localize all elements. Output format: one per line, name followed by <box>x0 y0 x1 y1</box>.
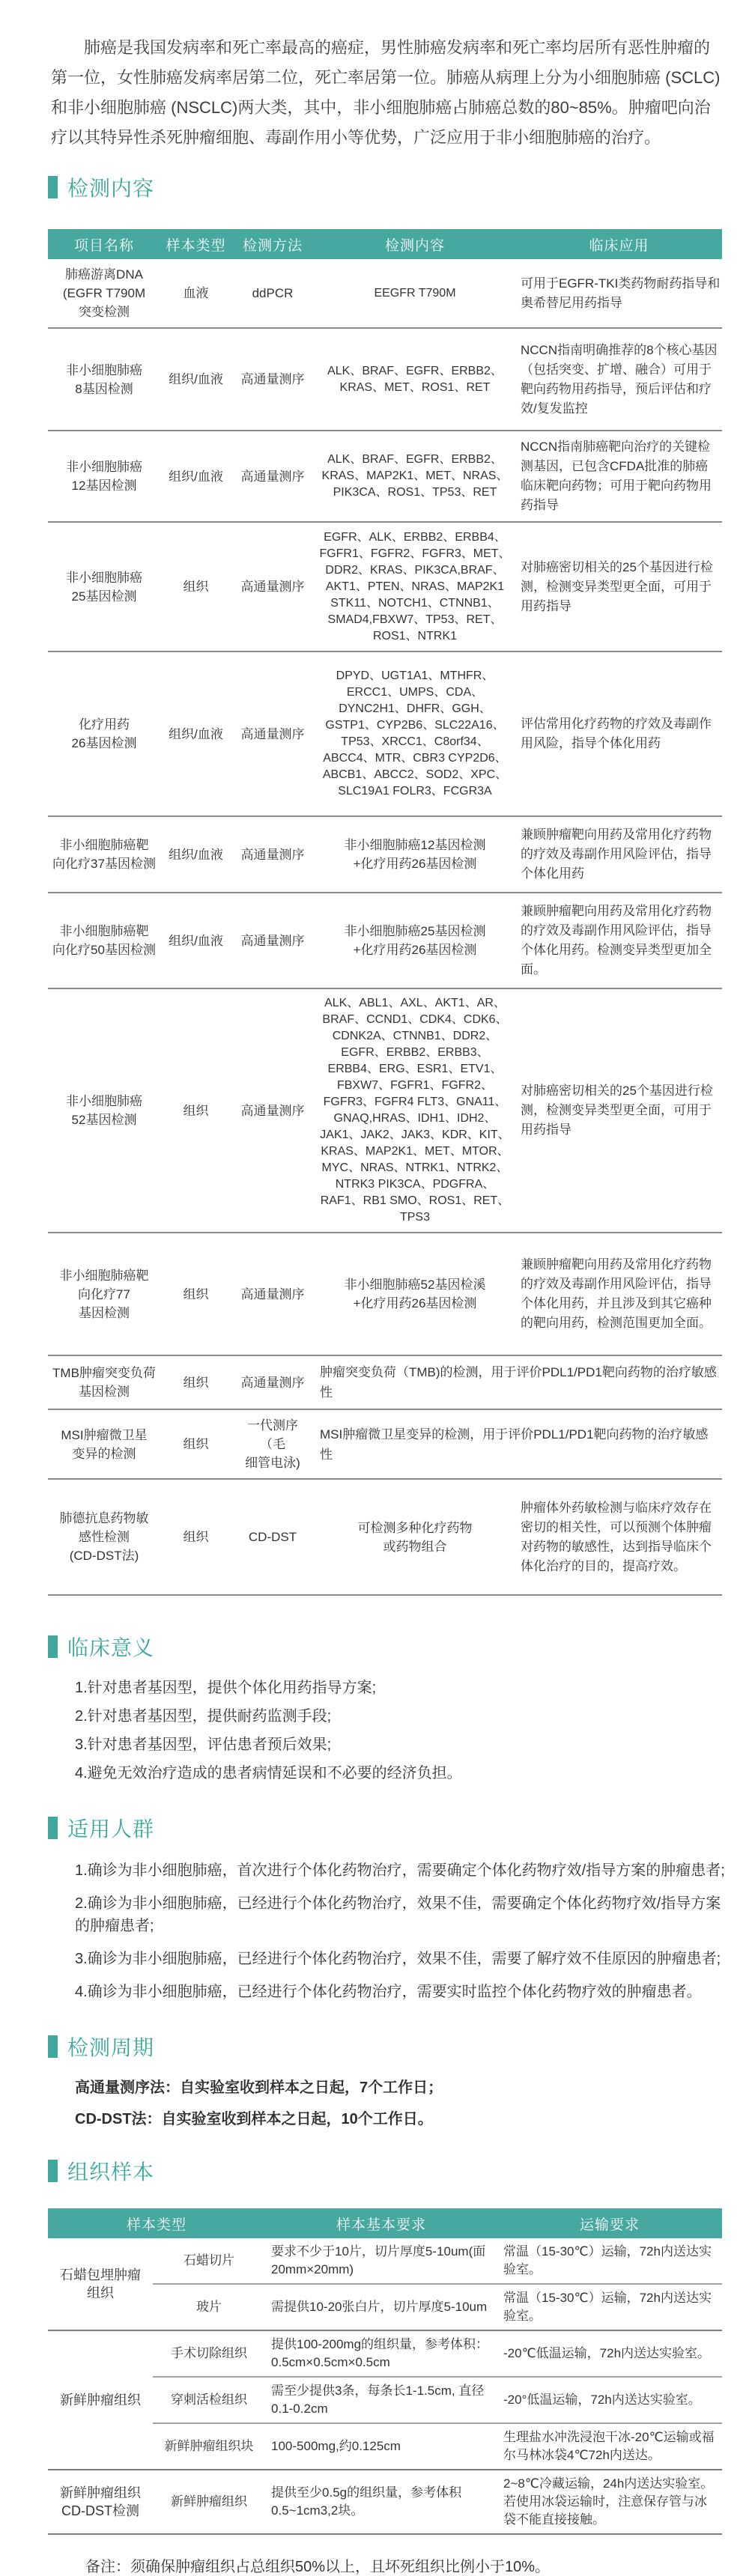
table-row: 肺德抗息药物敏 感性检测 (CD-DST法) 组织 CD-DST 可检测多种化疗… <box>48 1479 722 1595</box>
cell-sample-type: 组织/血液 <box>160 431 231 522</box>
cell-project-name: 非小细胞肺癌 8基因检测 <box>48 328 160 431</box>
cell-method: 高通量测序 <box>231 816 314 893</box>
section-title-cycle: 检测周期 <box>67 2032 154 2062</box>
cell-method: 高通量测序 <box>231 1233 314 1355</box>
cell-sample-subtype: 穿刺活检组织 <box>153 2377 265 2423</box>
cell-content-merged: MSI肿瘤微卫星变异的检测，用于评价PDL1/PD1靶向药物的治疗敏感性 <box>314 1409 722 1479</box>
table-row: 非小细胞肺癌 12基因检测 组织/血液 高通量测序 ALK、BRAF、EGFR、… <box>48 431 722 522</box>
document-page: 肺癌是我国发病率和死亡率最高的癌症，男性肺癌发病率和死亡率均居所有恶性肿瘤的第一… <box>0 0 749 2576</box>
cell-requirement: 需至少提供3条，每条长1-1.5cm, 直径0.1-0.2cm <box>265 2377 497 2423</box>
cell-content: DPYD、UGT1A1、MTHFR、ERCC1、UMPS、CDA、DYNC2H1… <box>314 651 516 816</box>
cell-project-name: MSI肿瘤微卫星 变异的检测 <box>48 1409 160 1479</box>
cell-application: NCCN指南明确推荐的8个核心基因（包括突变、扩增、融合）可用于靶向药物用药指导… <box>516 328 722 431</box>
cell-application: 兼顾肿瘤靶向用药及常用化疗药物的疗效及毒副作用风险评估，指导个体化用药，并且涉及… <box>516 1233 722 1355</box>
table-row: 非小细胞肺癌靶 向化疗77 基因检测 组织 高通量测序 非小细胞肺癌52基因检溪… <box>48 1233 722 1355</box>
list-item: 3.针对患者基因型，评估患者预后效果; <box>75 1735 722 1755</box>
population-list: 1.确诊为非小细胞肺癌，首次进行个体化药物治疗，需要确定个体化药物疗效/指导方案… <box>75 1859 722 2003</box>
column-header-method: 检测方法 <box>231 229 314 259</box>
cell-sample-type: 组织/血液 <box>160 893 231 988</box>
table-row: 非小细胞肺癌 8基因检测 组织/血液 高通量测序 ALK、BRAF、EGFR、E… <box>48 328 722 431</box>
cell-method: 一代测序（毛 细管电泳) <box>231 1409 314 1479</box>
list-item: 2.确诊为非小细胞肺癌，已经进行个体化药物治疗，效果不佳，需要确定个体化药物疗效… <box>75 1892 734 1937</box>
cell-application: 对肺癌密切相关的25个基因进行检测，检测变异类型更全面，可用于用药指导 <box>516 522 722 651</box>
cell-project-name: TMB肿瘤突变负荷 基因检测 <box>48 1355 160 1409</box>
cell-application: 可用于EGFR-TKI类药物耐药指导和奥希替尼用药指导 <box>516 259 722 328</box>
column-header-sample: 样本类型 <box>160 229 231 259</box>
table-row: 化疗用药 26基因检测 组织/血液 高通量测序 DPYD、UGT1A1、MTHF… <box>48 651 722 816</box>
section-title-clinical: 临床意义 <box>67 1632 154 1662</box>
list-item: 3.确诊为非小细胞肺癌，已经进行个体化药物治疗，效果不佳，需要了解疗效不佳原因的… <box>75 1948 734 1970</box>
section-marker-icon <box>48 2160 58 2182</box>
table-row: 非小细胞肺癌靶 向化疗37基因检测 组织/血液 高通量测序 非小细胞肺癌12基因… <box>48 816 722 893</box>
cell-transport: -20℃低温运输，72h内送达实验室。 <box>497 2330 722 2377</box>
table-row: 肺癌游离DNA (EGFR T790M 突变检测 血液 ddPCR EEGFR … <box>48 259 722 328</box>
cell-content: 非小细胞肺癌12基因检测 +化疗用药26基因检测 <box>314 816 516 893</box>
cell-sample-subtype: 手术切除组织 <box>153 2330 265 2377</box>
cell-application: 评估常用化疗药物的疗效及毒副作用风险，指导个体化用药 <box>516 651 722 816</box>
section-header-clinical: 临床意义 <box>48 1632 722 1662</box>
cell-method: 高通量测序 <box>231 651 314 816</box>
cell-project-name: 化疗用药 26基因检测 <box>48 651 160 816</box>
cell-requirement: 100-500mg,约0.125cm <box>265 2423 497 2470</box>
cell-application: 兼顾肿瘤靶向用药及常用化疗药物的疗效及毒副作用风险评估，指导个体化用药 <box>516 816 722 893</box>
cell-project-name: 非小细胞肺癌靶 向化疗77 基因检测 <box>48 1233 160 1355</box>
cell-project-name: 非小细胞肺癌 12基因检测 <box>48 431 160 522</box>
note-text: 备注：须确保肿瘤组织占总组织50%以上，且坏死组织比例小于10%。 <box>85 2554 722 2576</box>
cell-sample-subtype: 石蜡切片 <box>153 2238 265 2284</box>
cell-content: 非小细胞肺癌25基因检测 +化疗用药26基因检测 <box>314 893 516 988</box>
section-marker-icon <box>48 176 58 198</box>
detection-table: 项目名称 样本类型 检测方法 检测内容 临床应用 肺癌游离DNA (EGFR T… <box>48 229 722 1596</box>
cell-content: EGFR、ALK、ERBB2、ERBB4、FGFR1、FGFR2、FGFR3、M… <box>314 522 516 651</box>
cell-transport: 生理盐水冲洗浸泡干冰-20℃运输或福尔马林冰袋4℃72h内送达。 <box>497 2423 722 2470</box>
section-header-tissue: 组织样本 <box>48 2156 722 2186</box>
cell-project-name: 非小细胞肺癌 52基因检测 <box>48 988 160 1233</box>
section-title-population: 适用人群 <box>67 1813 154 1843</box>
section-marker-icon <box>48 1817 58 1839</box>
column-header-project: 项目名称 <box>48 229 160 259</box>
column-header-application: 临床应用 <box>516 229 722 259</box>
cell-sample-subtype: 玻片 <box>153 2284 265 2330</box>
cell-content: EEGFR T790M <box>314 259 516 328</box>
section-title-tissue: 组织样本 <box>67 2156 154 2186</box>
cell-sample-type: 组织/血液 <box>160 651 231 816</box>
cycle-list: 高通量测序法：自实验室收到样本之日起，7个工作日； CD-DST法：自实验室收到… <box>75 2078 722 2129</box>
cell-transport: 常温（15-30℃）运输，72h内送达实验室。 <box>497 2284 722 2330</box>
cell-project-name: 非小细胞肺癌 25基因检测 <box>48 522 160 651</box>
cell-sample-type: 组织 <box>160 522 231 651</box>
column-header-transport: 运输要求 <box>497 2208 722 2238</box>
column-header-sample-type: 样本类型 <box>48 2208 265 2238</box>
cell-sample-type: 组织/血液 <box>160 328 231 431</box>
intro-paragraph: 肺癌是我国发病率和死亡率最高的癌症，男性肺癌发病率和死亡率均居所有恶性肿瘤的第一… <box>51 33 725 153</box>
list-item: 高通量测序法：自实验室收到样本之日起，7个工作日； <box>75 2078 722 2097</box>
list-item: 1.确诊为非小细胞肺癌，首次进行个体化药物治疗，需要确定个体化药物疗效/指导方案… <box>75 1859 734 1882</box>
cell-requirement: 需提供10-20张白片，切片厚度5-10um <box>265 2284 497 2330</box>
cell-sample-type: 组织 <box>160 988 231 1233</box>
section-marker-icon <box>48 1635 58 1658</box>
cell-sample-subtype: 新鲜肿瘤组织块 <box>153 2423 265 2470</box>
cell-sample-group: 新鲜肿瘤组织 CD-DST检测 <box>48 2470 153 2534</box>
cell-project-name: 非小细胞肺癌靶 向化疗37基因检测 <box>48 816 160 893</box>
table-row: 非小细胞肺癌 25基因检测 组织 高通量测序 EGFR、ALK、ERBB2、ER… <box>48 522 722 651</box>
list-item: 4.确诊为非小细胞肺癌，已经进行个体化药物治疗，需要实时监控个体化药物疗效的肿瘤… <box>75 1981 734 2003</box>
cell-method: ddPCR <box>231 259 314 328</box>
cell-application: 对肺癌密切相关的25个基因进行检测，检测变异类型更全面，可用于用药指导 <box>516 988 722 1233</box>
cell-content: ALK、BRAF、EGFR、ERBB2、KRAS、MAP2K1、MET、NRAS… <box>314 431 516 522</box>
cell-method: 高通量测序 <box>231 328 314 431</box>
list-item: 2.针对患者基因型，提供耐药监测手段; <box>75 1707 722 1726</box>
cell-method: CD-DST <box>231 1479 314 1595</box>
cell-method: 高通量测序 <box>231 522 314 651</box>
cell-transport: 常温（15-30℃）运输，72h内送达实验室。 <box>497 2238 722 2284</box>
table-row: 新鲜肿瘤组织 手术切除组织 提供100-200mg的组织量，参考体积：0.5cm… <box>48 2330 722 2377</box>
tissue-table-header-row: 样本类型 样本基本要求 运输要求 <box>48 2208 722 2238</box>
cell-sample-type: 组织/血液 <box>160 816 231 893</box>
cell-method: 高通量测序 <box>231 893 314 988</box>
column-header-content: 检测内容 <box>314 229 516 259</box>
cell-sample-group: 新鲜肿瘤组织 <box>48 2330 153 2470</box>
cell-project-name: 肺癌游离DNA (EGFR T790M 突变检测 <box>48 259 160 328</box>
list-item: 4.避免无效治疗造成的患者病情延误和不必要的经济负担。 <box>75 1764 722 1783</box>
cell-sample-type: 组织 <box>160 1233 231 1355</box>
table-row: 非小细胞肺癌 52基因检测 组织 高通量测序 ALK、ABL1、AXL、AKT1… <box>48 988 722 1233</box>
cell-sample-subtype: 新鲜肿瘤组织 <box>153 2470 265 2534</box>
cell-content: 可检测多种化疗药物 或药物组合 <box>314 1479 516 1595</box>
cell-content: 非小细胞肺癌52基因检溪 +化疗用药26基因检测 <box>314 1233 516 1355</box>
cell-sample-type: 组织 <box>160 1355 231 1409</box>
cell-sample-type: 组织 <box>160 1409 231 1479</box>
cell-content: ALK、ABL1、AXL、AKT1、AR、BRAF、CCND1、CDK4、CDK… <box>314 988 516 1233</box>
list-item: CD-DST法：自实验室收到样本之日起，10个工作日。 <box>75 2109 722 2129</box>
cell-transport: -20°低温运输，72h内送达实验室。 <box>497 2377 722 2423</box>
section-title-detection: 检测内容 <box>67 172 154 202</box>
table-row: MSI肿瘤微卫星 变异的检测 组织 一代测序（毛 细管电泳) MSI肿瘤微卫星变… <box>48 1409 722 1479</box>
cell-requirement: 要求不少于10片，切片厚度5-10um(面20mm×20mm) <box>265 2238 497 2284</box>
section-header-detection: 检测内容 <box>48 172 722 202</box>
table-row: 非小细胞肺癌靶 向化疗50基因检测 组织/血液 高通量测序 非小细胞肺癌25基因… <box>48 893 722 988</box>
column-header-requirement: 样本基本要求 <box>265 2208 497 2238</box>
cell-sample-type: 组织 <box>160 1479 231 1595</box>
cell-application: 兼顾肿瘤靶向用药及常用化疗药物的疗效及毒副作用风险评估，指导个体化用药。检测变异… <box>516 893 722 988</box>
section-header-cycle: 检测周期 <box>48 2032 722 2062</box>
cell-requirement: 提供至少0.5g的组织量，参考体积0.5~1cm3,2块。 <box>265 2470 497 2534</box>
section-header-population: 适用人群 <box>48 1813 722 1843</box>
tissue-table: 样本类型 样本基本要求 运输要求 石蜡包埋肿瘤组织 石蜡切片 要求不少于10片，… <box>48 2208 722 2535</box>
cell-content: ALK、BRAF、EGFR、ERBB2、KRAS、MET、ROS1、RET <box>314 328 516 431</box>
cell-transport: 2~8℃冷藏运输，24h内送达实验室。若使用冰袋运输时，注意保存管与冰袋不能直接… <box>497 2470 722 2534</box>
detection-table-header-row: 项目名称 样本类型 检测方法 检测内容 临床应用 <box>48 229 722 259</box>
table-row: TMB肿瘤突变负荷 基因检测 组织 高通量测序 肿瘤突变负荷（TMB)的检测，用… <box>48 1355 722 1409</box>
cell-sample-type: 血液 <box>160 259 231 328</box>
clinical-list: 1.针对患者基因型，提供个体化用药指导方案; 2.针对患者基因型，提供耐药监测手… <box>75 1678 722 1783</box>
cell-method: 高通量测序 <box>231 431 314 522</box>
cell-method: 高通量测序 <box>231 1355 314 1409</box>
cell-sample-group: 石蜡包埋肿瘤组织 <box>48 2238 153 2330</box>
cell-application: NCCN指南肺癌靶向治疗的关键检测基因，已包含CFDA批准的肺癌临床靶向药物；可… <box>516 431 722 522</box>
table-row: 新鲜肿瘤组织 CD-DST检测 新鲜肿瘤组织 提供至少0.5g的组织量，参考体积… <box>48 2470 722 2534</box>
table-row: 石蜡包埋肿瘤组织 石蜡切片 要求不少于10片，切片厚度5-10um(面20mm×… <box>48 2238 722 2284</box>
cell-project-name: 肺德抗息药物敏 感性检测 (CD-DST法) <box>48 1479 160 1595</box>
cell-project-name: 非小细胞肺癌靶 向化疗50基因检测 <box>48 893 160 988</box>
cell-requirement: 提供100-200mg的组织量，参考体积：0.5cm×0.5cm×0.5cm <box>265 2330 497 2377</box>
list-item: 1.针对患者基因型，提供个体化用药指导方案; <box>75 1678 722 1698</box>
cell-method: 高通量测序 <box>231 988 314 1233</box>
section-marker-icon <box>48 2035 58 2058</box>
cell-content-merged: 肿瘤突变负荷（TMB)的检测，用于评价PDL1/PD1靶向药物的治疗敏感性 <box>314 1355 722 1409</box>
cell-application: 肿瘤体外药敏检测与临床疗效存在密切的相关性，可以预测个体肿瘤对药物的敏感性，达到… <box>516 1479 722 1595</box>
